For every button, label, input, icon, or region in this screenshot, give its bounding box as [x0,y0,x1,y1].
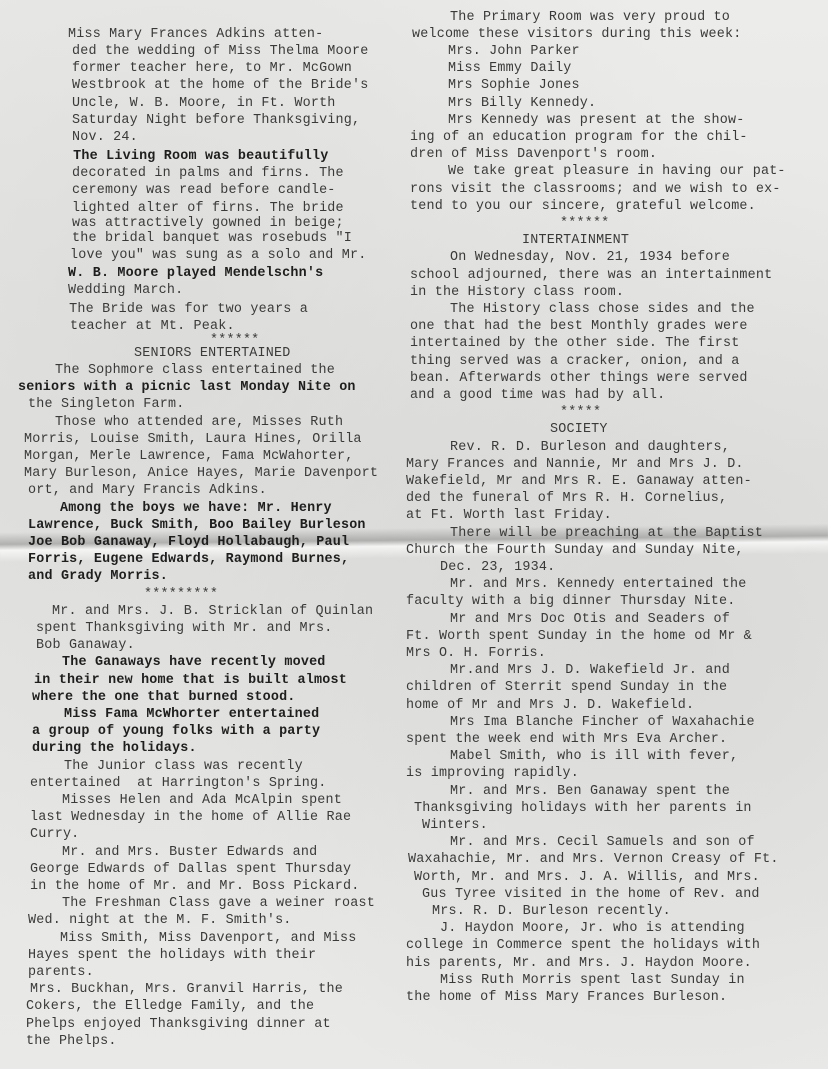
left-column-line: Morgan, Merle Lawrence, Fama McWahorter, [24,449,353,464]
left-column-line: Westbrook at the home of the Bride's [72,78,369,93]
right-column-line: faculty with a big dinner Thursday Nite. [406,594,735,609]
right-column-line: ded the funeral of Mrs R. H. Cornelius, [406,491,727,506]
left-column-line: Saturday Night before Thanksgiving, [72,113,360,128]
right-column-line: at Ft. Worth last Friday. [406,508,612,523]
right-column-line: school adjourned, there was an intertain… [410,268,772,283]
right-column-line: ****** [560,216,609,231]
right-column-line: Mabel Smith, who is ill with fever, [450,749,738,764]
right-column-line: is improving rapidly. [406,766,579,781]
left-column-line: The Ganaways have recently moved [62,655,326,670]
right-column-line: Mrs. John Parker [448,44,580,59]
left-column-line: last Wednesday in the home of Allie Rae [30,810,351,825]
right-column-line: Rev. R. D. Burleson and daughters, [450,440,730,455]
left-column-line: Wedding March. [68,283,183,298]
left-column-line: Wed. night at the M. F. Smith's. [28,913,292,928]
left-column-line: parents. [28,965,94,980]
left-column-line: Phelps enjoyed Thanksgiving dinner at [26,1017,331,1032]
right-column-line: Mrs O. H. Forris. [406,646,546,661]
right-column-line: welcome these visitors during this week: [412,27,741,42]
right-column-line: Mr and Mrs Doc Otis and Seaders of [450,612,730,627]
left-column-line: Mary Burleson, Anice Hayes, Marie Davenp… [24,466,378,481]
right-column-line: On Wednesday, Nov. 21, 1934 before [450,250,730,265]
left-column-line: Cokers, the Elledge Family, and the [26,999,314,1014]
right-column-line: in the History class room. [410,285,624,300]
right-column-line: J. Haydon Moore, Jr. who is attending [440,921,745,936]
right-column-line: Mrs Kennedy was present at the show- [448,113,745,128]
right-column-line: rons visit the classrooms; and we wish t… [410,182,781,197]
right-column-line: Waxahachie, Mr. and Mrs. Vernon Creasy o… [408,852,779,867]
left-column-line: Misses Helen and Ada McAlpin spent [62,793,342,808]
right-column-line: Dec. 23, 1934. [440,560,555,575]
left-column-line: ded the wedding of Miss Thelma Moore [72,44,369,59]
left-column-line: Mr. and Mrs. Buster Edwards and [62,845,317,860]
right-column-line: spent the week end with Mrs Eva Archer. [406,732,727,747]
right-column-line: Mr. and Mrs. Ben Ganaway spent the [450,784,730,799]
right-column-line: Worth, Mr. and Mrs. J. A. Willis, and Mr… [414,870,760,885]
left-column-line: love you" was sung as a solo and Mr. [70,248,367,263]
left-column-line: Mrs. Buckhan, Mrs. Granvil Harris, the [30,982,343,997]
left-column-line: The Sophmore class entertained the [55,363,335,378]
left-column-line: The Bride was for two years a [28,302,308,317]
left-column-line: The Junior class was recently [64,759,303,774]
right-column-line: the home of Miss Mary Frances Burleson. [406,990,727,1005]
right-column-line: Mary Frances and Nannie, Mr and Mrs J. D… [406,457,744,472]
right-column-line: Mrs Ima Blanche Fincher of Waxahachie [450,715,755,730]
left-column-line: Those who attended are, Misses Ruth [55,415,343,430]
right-column-line: Winters. [422,818,488,833]
left-column-line: Miss Smith, Miss Davenport, and Miss [60,931,357,946]
right-column-line: bean. Afterwards other things were serve… [410,371,748,386]
right-column-line: Church the Fourth Sunday and Sunday Nite… [406,543,744,558]
left-column-line: former teacher here, to Mr. McGown [72,61,352,76]
right-column-line: Mr. and Mrs. Cecil Samuels and son of [450,835,755,850]
left-column-line: and Grady Morris. [28,569,168,584]
right-column-line: INTERTAINMENT [522,233,629,248]
left-column-line: was attractively gowned in beige; [72,216,344,231]
right-column-line: intertained by the other side. The first [410,336,739,351]
left-column-line: spent Thanksgiving with Mr. and Mrs. [36,621,333,636]
right-column-line: dren of Miss Davenport's room. [410,147,657,162]
left-column-line: Among the boys we have: Mr. Henry [60,501,332,516]
left-column-line: Curry. [30,827,79,842]
left-column-line: the Singleton Farm. [28,397,184,412]
left-column-line: SENIORS ENTERTAINED [134,346,290,361]
left-column-line: the Phelps. [26,1034,117,1049]
right-column-line: one that had the best Monthly grades wer… [410,319,748,334]
right-column-line: SOCIETY [550,422,608,437]
left-column-line: in their new home that is built almost [34,673,347,688]
left-column-line: George Edwards of Dallas spent Thursday [30,862,351,877]
left-column-line: seniors with a picnic last Monday Nite o… [18,380,356,395]
right-column-line: Ft. Worth spent Sunday in the home od Mr… [406,629,752,644]
right-column-line: The Primary Room was very proud to [450,10,730,25]
left-column-line: ceremony was read before candle- [72,183,336,198]
right-column-line: thing served was a cracker, onion, and a [410,354,739,369]
left-column-line: Mr. and Mrs. J. B. Stricklan of Quinlan [52,604,373,619]
left-column-line: Bob Ganaway. [36,638,135,653]
left-column-line: Joe Bob Ganaway, Floyd Hollabaugh, Paul [28,535,349,550]
right-column-line: Miss Emmy Daily [448,61,572,76]
left-column-line: decorated in palms and firns. The [72,166,344,181]
right-column-line: and a good time was had by all. [410,388,665,403]
left-column-line: entertained at Harrington's Spring. [30,776,327,791]
right-column-line: tend to you our sincere, grateful welcom… [410,199,756,214]
right-column-line: college in Commerce spent the holidays w… [406,938,760,953]
left-column-line: the bridal banquet was rosebuds "I [72,231,352,246]
right-column-line: We take great pleasure in having our pat… [448,164,786,179]
right-column-line: Mrs Sophie Jones [448,78,580,93]
left-column-line: Miss Fama McWhorter entertained [64,707,319,722]
left-column-line: ********* [144,587,218,602]
right-column-line: Gus Tyree visited in the home of Rev. an… [422,887,760,902]
left-column-line: Forris, Eugene Edwards, Raymond Burnes, [28,552,349,567]
left-column-line: Nov. 24. [72,130,138,145]
right-column-line: home of Mr and Mrs J. D. Wakefield. [406,698,694,713]
right-column-line: There will be preaching at the Baptist [450,526,763,541]
right-column-line: ***** [560,405,601,420]
left-column-line: in the home of Mr. and Mr. Boss Pickard. [30,879,359,894]
left-column-line: W. B. Moore played Mendelschn's [68,266,323,281]
left-column-line: ort, and Mary Francis Adkins. [28,483,267,498]
left-column-line: The Living Room was beautifully [32,149,329,164]
left-column-line: teacher at Mt. Peak. [70,319,235,334]
right-column-line: Miss Ruth Morris spent last Sunday in [440,973,745,988]
right-column-line: children of Sterrit spend Sunday in the [406,680,727,695]
right-column-line: Thanksgiving holidays with her parents i… [414,801,752,816]
right-column-line: ing of an education program for the chil… [410,130,748,145]
left-column-line: a group of young folks with a party [32,724,320,739]
left-column-line: Miss Mary Frances Adkins atten- [68,27,323,42]
left-column-line: lighted alter of firns. The bride [72,201,344,216]
right-column-line: his parents, Mr. and Mrs. J. Haydon Moor… [406,956,752,971]
left-column-line: where the one that burned stood. [32,690,296,705]
left-column-line: The Freshman Class gave a weiner roast [62,896,375,911]
left-column-line: Morris, Louise Smith, Laura Hines, Orill… [24,432,362,447]
right-column-line: Mr. and Mrs. Kennedy entertained the [450,577,747,592]
left-column-line: Uncle, W. B. Moore, in Ft. Worth [72,96,336,111]
right-column-line: Mr.and Mrs J. D. Wakefield Jr. and [450,663,730,678]
right-column-line: Wakefield, Mr and Mrs R. E. Ganaway atte… [406,474,752,489]
right-column-line: The History class chose sides and the [450,302,755,317]
left-column-line: Hayes spent the holidays with their [28,948,316,963]
left-column-line: Lawrence, Buck Smith, Boo Bailey Burleso… [28,518,366,533]
right-column-line: Mrs. R. D. Burleson recently. [432,904,671,919]
left-column-line: during the holidays. [32,741,197,756]
right-column-line: Mrs Billy Kennedy. [448,96,596,111]
